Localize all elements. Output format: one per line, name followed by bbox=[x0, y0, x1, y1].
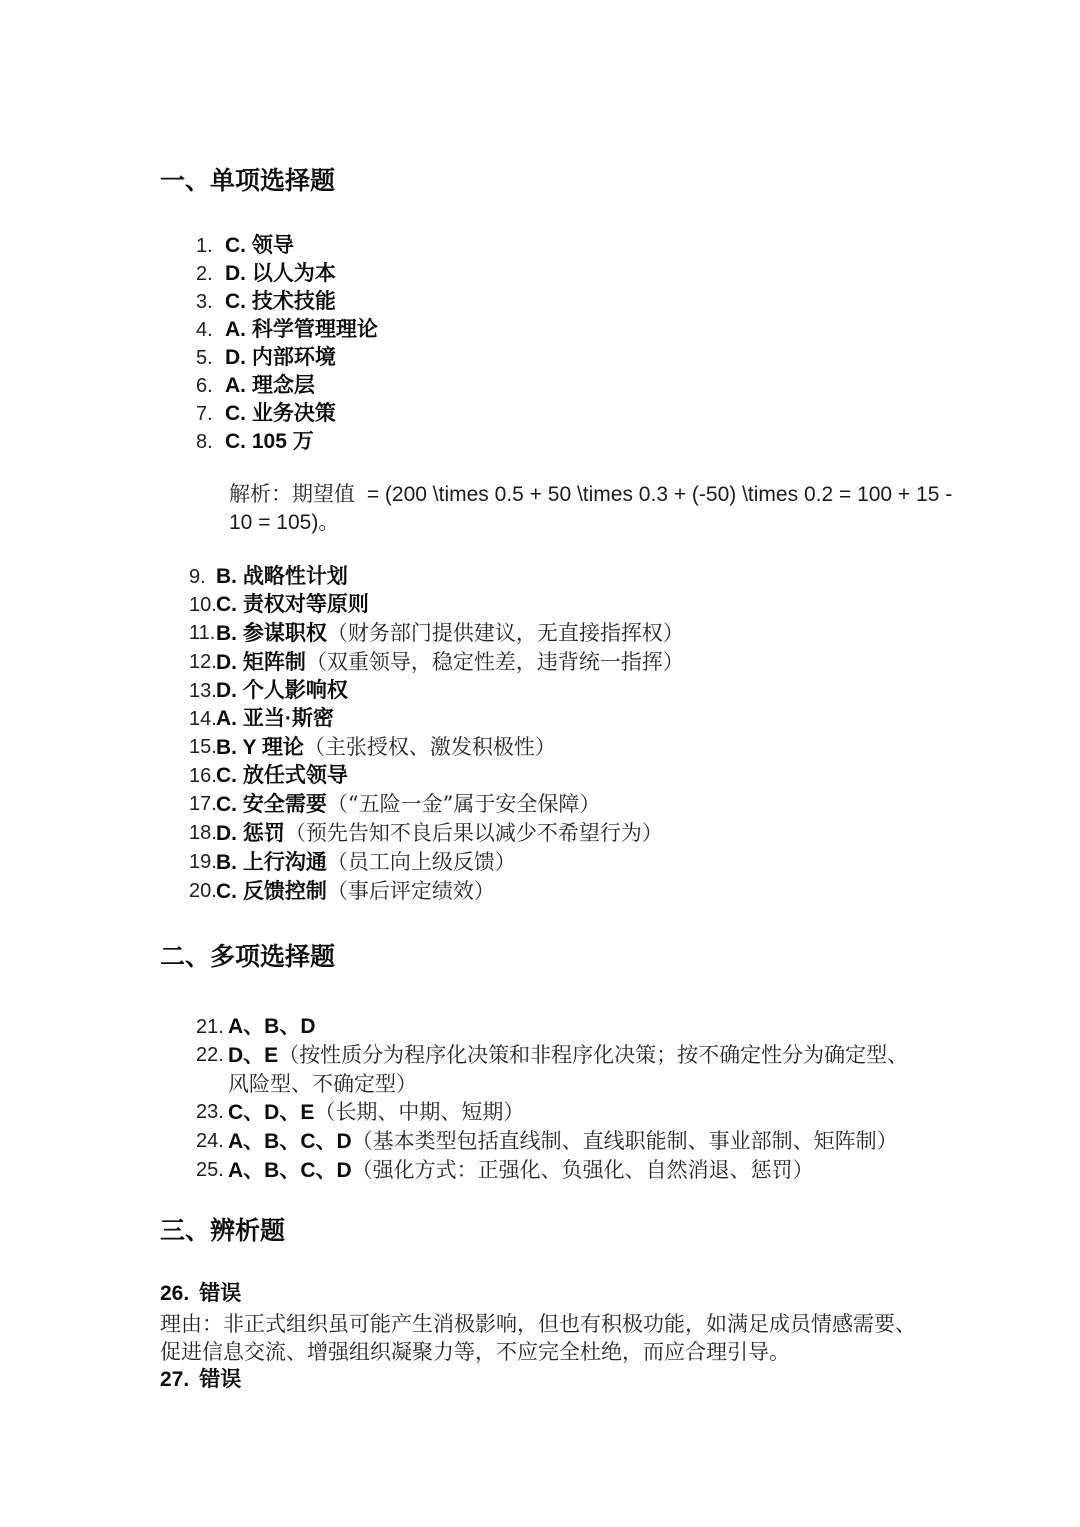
answer-note: （基本类型包括直线制、直线职能制、事业部制、矩阵制） bbox=[352, 1129, 898, 1153]
document-content: 一、单项选择题 1. C. 领导 2. D. 以人为本 3. C. 技术技能 4… bbox=[0, 0, 1080, 1394]
answer-item: 15. B. Y 理论（主张授权、激发积极性） bbox=[189, 733, 940, 762]
answer-list-21-25: 21. A、B、D 22. D、E（按性质分为程序化决策和非程序化决策；按不确定… bbox=[196, 1013, 940, 1185]
answer-item: 14. A. 亚当·斯密 bbox=[189, 705, 940, 733]
judgement-verdict: 错误 bbox=[199, 1282, 241, 1305]
answer-text: A. 理念层 bbox=[225, 374, 315, 397]
section-title-single-choice: 一、单项选择题 bbox=[160, 165, 940, 197]
answer-text: C. 105 万 bbox=[225, 430, 314, 453]
reason-line-1: 理由：非正式组织虽可能产生消极影响，但也有积极功能，如满足成员情感需要、 bbox=[160, 1310, 940, 1338]
answer-text: D. 矩阵制 bbox=[216, 651, 306, 674]
answer-item: 20. C. 反馈控制（事后评定绩效） bbox=[189, 877, 940, 906]
answer-text: B. 战略性计划 bbox=[216, 565, 348, 588]
answer-note: （员工向上级反馈） bbox=[327, 850, 516, 874]
judgement-27: 27.错误 bbox=[160, 1366, 940, 1394]
answer-text: D. 惩罚 bbox=[216, 822, 285, 845]
answer-item: 9. B. 战略性计划 bbox=[189, 563, 940, 591]
document-page: 一、单项选择题 1. C. 领导 2. D. 以人为本 3. C. 技术技能 4… bbox=[0, 0, 1080, 1527]
item-number: 1. bbox=[196, 232, 225, 260]
section-title-multi-choice: 二、多项选择题 bbox=[160, 941, 940, 973]
answer-item: 7. C. 业务决策 bbox=[196, 400, 940, 428]
answer-note-wrap: 风险型、不确定型） bbox=[228, 1070, 940, 1098]
item-number: 10. bbox=[189, 591, 216, 619]
answer-text: C. 反馈控制 bbox=[216, 880, 327, 903]
item-number: 20. bbox=[189, 877, 216, 905]
answer-item: 18. D. 惩罚（预先告知不良后果以减少不希望行为） bbox=[189, 819, 940, 848]
answer-text: D、E bbox=[228, 1044, 278, 1067]
item-number: 2. bbox=[196, 260, 225, 288]
item-number: 14. bbox=[189, 705, 216, 733]
answer-note: （强化方式：正强化、负强化、自然消退、惩罚） bbox=[352, 1158, 814, 1182]
item-number: 11. bbox=[189, 619, 216, 647]
item-number: 19. bbox=[189, 848, 216, 876]
item-number: 16. bbox=[189, 762, 216, 790]
answer-note: （事后评定绩效） bbox=[327, 879, 495, 903]
item-number: 4. bbox=[196, 316, 225, 344]
judgement-26-reason: 理由：非正式组织虽可能产生消极影响，但也有积极功能，如满足成员情感需要、 促进信… bbox=[160, 1310, 940, 1366]
item-number: 24. bbox=[196, 1127, 228, 1155]
explanation-formula: = (200 \times 0.5 + 50 \times 0.3 + (-50… bbox=[355, 483, 952, 506]
item-number: 9. bbox=[189, 563, 216, 591]
answer-text: C、D、E bbox=[228, 1101, 314, 1124]
answer-item: 24. A、B、C、D（基本类型包括直线制、直线职能制、事业部制、矩阵制） bbox=[196, 1127, 940, 1156]
answer-text: A、B、C、D bbox=[228, 1130, 352, 1153]
answer-text: B. 参谋职权 bbox=[216, 622, 327, 645]
answer-text: C. 业务决策 bbox=[225, 402, 336, 425]
answer-text: C. 放任式领导 bbox=[216, 764, 348, 787]
explanation-paragraph: 解析：期望值 = (200 \times 0.5 + 50 \times 0.3… bbox=[229, 480, 940, 537]
item-number: 25. bbox=[196, 1156, 228, 1184]
answer-item: 11. B. 参谋职权（财务部门提供建议，无直接指挥权） bbox=[189, 619, 940, 648]
answer-text: C. 安全需要 bbox=[216, 793, 327, 816]
answer-item: 6. A. 理念层 bbox=[196, 372, 940, 400]
answer-item: 19. B. 上行沟通（员工向上级反馈） bbox=[189, 848, 940, 877]
answer-item: 21. A、B、D bbox=[196, 1013, 940, 1041]
item-number: 6. bbox=[196, 372, 225, 400]
answer-item: 5. D. 内部环境 bbox=[196, 344, 940, 372]
answer-item: 16. C. 放任式领导 bbox=[189, 762, 940, 790]
answer-item: 10. C. 责权对等原则 bbox=[189, 591, 940, 619]
judgement-26: 26.错误 bbox=[160, 1280, 940, 1308]
answer-note: （“五险一金”属于安全保障） bbox=[327, 792, 600, 816]
item-number: 21. bbox=[196, 1013, 228, 1041]
answer-note: （预先告知不良后果以减少不希望行为） bbox=[285, 821, 663, 845]
answer-text: B. Y 理论 bbox=[216, 736, 304, 759]
item-number: 5. bbox=[196, 344, 225, 372]
answer-item: 1. C. 领导 bbox=[196, 232, 940, 260]
answer-text: B. 上行沟通 bbox=[216, 851, 327, 874]
answer-text: D. 个人影响权 bbox=[216, 679, 348, 702]
answer-text: A、B、D bbox=[228, 1015, 316, 1038]
answer-note: （双重领导，稳定性差，违背统一指挥） bbox=[306, 650, 684, 674]
item-number: 12. bbox=[189, 648, 216, 676]
item-number: 23. bbox=[196, 1098, 228, 1126]
answer-item: 17. C. 安全需要（“五险一金”属于安全保障） bbox=[189, 790, 940, 819]
explanation-line-1: 解析：期望值 = (200 \times 0.5 + 50 \times 0.3… bbox=[229, 480, 940, 509]
answer-item: 3. C. 技术技能 bbox=[196, 288, 940, 316]
answer-text: A、B、C、D bbox=[228, 1159, 352, 1182]
judgement-number: 27. bbox=[160, 1368, 189, 1391]
answer-item: 4. A. 科学管理理论 bbox=[196, 316, 940, 344]
answer-text: A. 科学管理理论 bbox=[225, 318, 378, 341]
item-number: 18. bbox=[189, 819, 216, 847]
answer-item: 8. C. 105 万 bbox=[196, 428, 940, 456]
answer-text: D. 内部环境 bbox=[225, 346, 336, 369]
item-number: 8. bbox=[196, 428, 225, 456]
answer-text: C. 责权对等原则 bbox=[216, 593, 369, 616]
answer-note: （长期、中期、短期） bbox=[314, 1100, 524, 1124]
answer-item: 12. D. 矩阵制（双重领导，稳定性差，违背统一指挥） bbox=[189, 648, 940, 677]
answer-item: 25. A、B、C、D（强化方式：正强化、负强化、自然消退、惩罚） bbox=[196, 1156, 940, 1185]
answer-note: （按性质分为程序化决策和非程序化决策；按不确定性分为确定型、 bbox=[278, 1043, 908, 1067]
judgement-verdict: 错误 bbox=[199, 1368, 241, 1391]
answer-item: 22. D、E（按性质分为程序化决策和非程序化决策；按不确定性分为确定型、风险型… bbox=[196, 1041, 940, 1098]
answer-item: 23. C、D、E（长期、中期、短期） bbox=[196, 1098, 940, 1127]
explanation-line-2: 10 = 105)。 bbox=[229, 509, 940, 537]
item-number: 22. bbox=[196, 1041, 228, 1069]
answer-text: C. 领导 bbox=[225, 234, 294, 257]
item-number: 13. bbox=[189, 677, 216, 705]
explanation-prefix: 解析：期望值 bbox=[229, 482, 355, 506]
item-number: 15. bbox=[189, 733, 216, 761]
answer-list-9-20: 9. B. 战略性计划 10. C. 责权对等原则 11. B. 参谋职权（财务… bbox=[189, 563, 940, 906]
item-number: 7. bbox=[196, 400, 225, 428]
section-title-analysis: 三、辨析题 bbox=[160, 1215, 940, 1247]
answer-note: （财务部门提供建议，无直接指挥权） bbox=[327, 621, 684, 645]
answer-text: C. 技术技能 bbox=[225, 290, 336, 313]
answer-item: 13. D. 个人影响权 bbox=[189, 677, 940, 705]
answer-text: A. 亚当·斯密 bbox=[216, 707, 334, 730]
answer-note: （主张授权、激发积极性） bbox=[304, 735, 556, 759]
item-number: 3. bbox=[196, 288, 225, 316]
answer-text: D. 以人为本 bbox=[225, 262, 336, 285]
item-number: 17. bbox=[189, 790, 216, 818]
judgement-number: 26. bbox=[160, 1282, 189, 1305]
reason-line-2: 促进信息交流、增强组织凝聚力等，不应完全杜绝，而应合理引导。 bbox=[160, 1338, 940, 1366]
answer-list-1-8: 1. C. 领导 2. D. 以人为本 3. C. 技术技能 4. A. 科学管… bbox=[196, 232, 940, 456]
answer-item: 2. D. 以人为本 bbox=[196, 260, 940, 288]
